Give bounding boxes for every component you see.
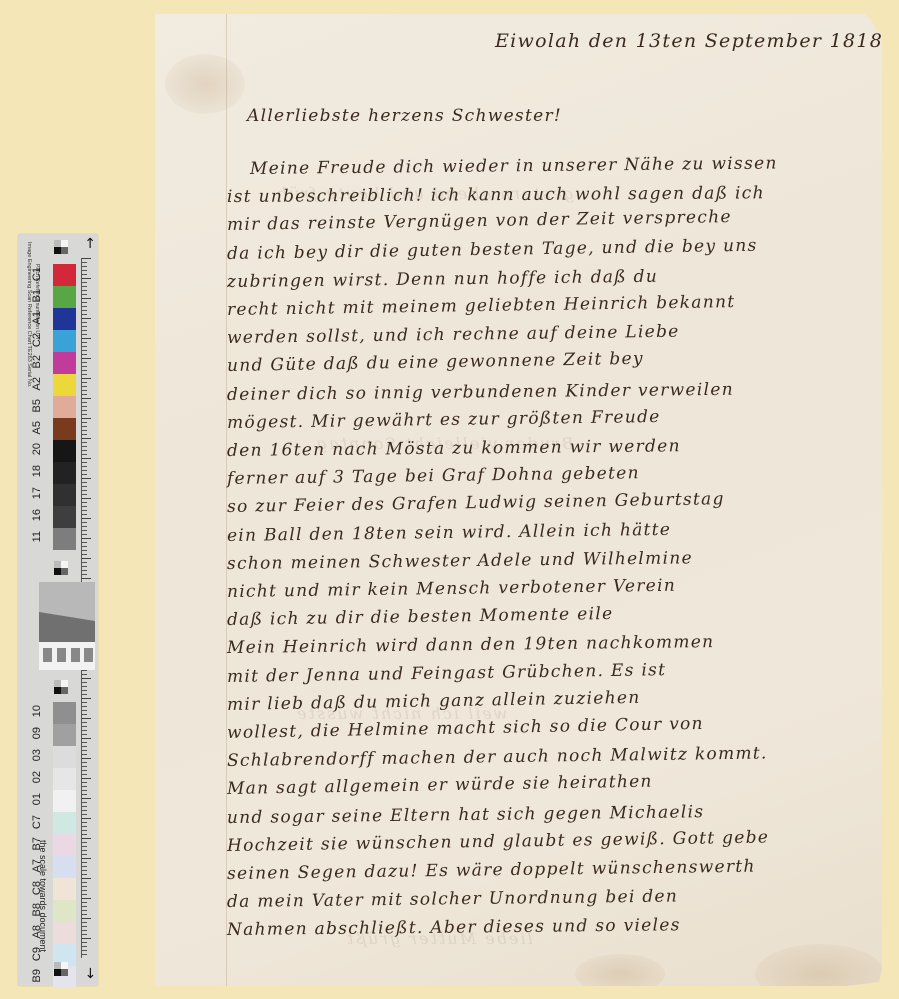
patch-label: B1 bbox=[31, 289, 51, 302]
patch-label: 10 bbox=[31, 705, 51, 717]
letter-line: und Güte daß du eine gewonnene Zeit bey bbox=[227, 349, 644, 376]
letter-line: nicht und mir kein Mensch verbotener Ver… bbox=[227, 576, 676, 602]
patch-label: C7 bbox=[31, 815, 51, 829]
patch-label: 17 bbox=[31, 487, 51, 499]
letter-line: Nahmen abschließt. Aber dieses und so vi… bbox=[227, 916, 681, 941]
letter-line: den 16ten nach Mösta zu kommen wir werde… bbox=[227, 436, 681, 461]
calibration-patch: B2 bbox=[53, 352, 76, 374]
letter-line: und sogar seine Eltern hat sich gegen Mi… bbox=[227, 802, 705, 828]
calibration-patch: 18 bbox=[53, 462, 76, 484]
gray-patch-column: 1009030201C7B7A7C8B8A8C9B9 bbox=[53, 702, 76, 988]
calibration-patch: C7 bbox=[53, 812, 76, 834]
gray-wedge-target bbox=[39, 582, 95, 642]
calibration-patch: 11 bbox=[53, 528, 76, 550]
calibration-patch: B5 bbox=[53, 396, 76, 418]
calibration-patch: A5 bbox=[53, 418, 76, 440]
patch-label: 09 bbox=[31, 727, 51, 739]
calibration-patch: B7 bbox=[53, 834, 76, 856]
patch-label: 01 bbox=[31, 793, 51, 805]
checker-target-icon bbox=[54, 240, 68, 254]
calibration-patch: A2 bbox=[53, 374, 76, 396]
calibration-patch: A1 bbox=[53, 308, 76, 330]
calibration-patch: 20 bbox=[53, 440, 76, 462]
checker-target-icon bbox=[54, 680, 68, 694]
letter-line: mit der Jenna und Feingast Grübchen. Es … bbox=[227, 660, 667, 687]
checker-target-icon bbox=[54, 561, 68, 575]
letter-line: recht nicht mit meinem geliebten Heinric… bbox=[227, 292, 736, 320]
letter-line: Mein Heinrich wird dann den 19ten nachko… bbox=[227, 632, 715, 658]
calibration-patch: A7 bbox=[53, 856, 76, 878]
resolution-target bbox=[39, 642, 95, 670]
scale-footer-text: the scale towards document bbox=[38, 840, 48, 952]
letter-line: da ich bey dir die guten besten Tage, un… bbox=[227, 235, 758, 263]
letter-dateline: Eiwolah den 13ten September 1818 bbox=[495, 30, 883, 52]
letter-line: ein Ball den 18ten sein wird. Allein ich… bbox=[227, 519, 671, 545]
color-calibration-chart: Image Engineering Scan Reference Chart T… bbox=[18, 234, 98, 986]
letter-line: so zur Feier des Grafen Ludwig seinen Ge… bbox=[227, 490, 725, 518]
patch-label: A1 bbox=[31, 311, 51, 324]
checker-target-icon bbox=[54, 962, 68, 976]
letter-line: deiner dich so innig verbundenen Kinder … bbox=[227, 379, 734, 404]
patch-label: B2 bbox=[31, 355, 51, 368]
letter-line: mir das reinste Vergnügen von der Zeit v… bbox=[227, 207, 732, 235]
letter-line: schon meinen Schwester Adele und Wilhelm… bbox=[227, 548, 693, 574]
letter-line: zubringen wirst. Denn nun hoffe ich daß … bbox=[227, 267, 658, 292]
patch-label: 20 bbox=[31, 443, 51, 455]
letter-line: daß ich zu dir die besten Momente eile bbox=[227, 604, 614, 630]
patch-label: C1 bbox=[31, 267, 51, 281]
patch-label: 18 bbox=[31, 465, 51, 477]
letter-line: seinen Segen dazu! Es wäre doppelt wünsc… bbox=[227, 857, 756, 884]
letter-line: da mein Vater mit solcher Unordnung bei … bbox=[227, 887, 678, 913]
calibration-patch: B8 bbox=[53, 900, 76, 922]
calibration-patch: C1 bbox=[53, 264, 76, 286]
patch-label: 03 bbox=[31, 749, 51, 761]
calibration-patch: A8 bbox=[53, 922, 76, 944]
letter-line: ist unbeschreiblich! ich kann auch wohl … bbox=[227, 183, 765, 207]
calibration-patch: 10 bbox=[53, 702, 76, 724]
letter-line: ferner auf 3 Tage bei Graf Dohna gebeten bbox=[227, 463, 640, 489]
color-patch-column: C1B1A1C2B2A2B5A52018171611 bbox=[53, 264, 76, 550]
calibration-patch: B1 bbox=[53, 286, 76, 308]
calibration-patch: 16 bbox=[53, 506, 76, 528]
letter-line: Man sagt allgemein er würde sie heirathe… bbox=[227, 772, 653, 799]
patch-label: 16 bbox=[31, 509, 51, 521]
calibration-patch: 03 bbox=[53, 746, 76, 768]
letter-line: werden sollst, und ich rechne auf deine … bbox=[227, 322, 680, 348]
patch-label: B9 bbox=[31, 969, 51, 982]
letter-line: Schlabrendorff machen der auch noch Malw… bbox=[227, 744, 768, 772]
calibration-patch: 02 bbox=[53, 768, 76, 790]
arrow-right-icon: → bbox=[83, 967, 97, 979]
calibration-patch: C2 bbox=[53, 330, 76, 352]
letter-line: Hochzeit sie wünschen und glaubt es gewi… bbox=[227, 827, 770, 856]
letter-salutation: Allerliebste herzens Schwester! bbox=[247, 106, 562, 126]
patch-label: B5 bbox=[31, 399, 51, 412]
letter-line: Meine Freude dich wieder in unserer Nähe… bbox=[250, 153, 778, 179]
arrow-up-icon: ↑ bbox=[84, 237, 96, 251]
letter-page: gestern abend und heute früh Bruder viel… bbox=[155, 14, 882, 986]
patch-label: A5 bbox=[31, 421, 51, 434]
letter-line: mögest. Mir gewährt es zur größten Freud… bbox=[227, 407, 661, 433]
patch-label: 11 bbox=[31, 531, 51, 542]
patch-label: C2 bbox=[31, 333, 51, 347]
patch-label: 02 bbox=[31, 771, 51, 783]
calibration-patch: 17 bbox=[53, 484, 76, 506]
calibration-patch: 09 bbox=[53, 724, 76, 746]
calibration-patch: 01 bbox=[53, 790, 76, 812]
calibration-patch: C8 bbox=[53, 878, 76, 900]
patch-label: A2 bbox=[31, 377, 51, 390]
letter-line: mir lieb daß du mich ganz allein zuziehe… bbox=[227, 688, 641, 715]
